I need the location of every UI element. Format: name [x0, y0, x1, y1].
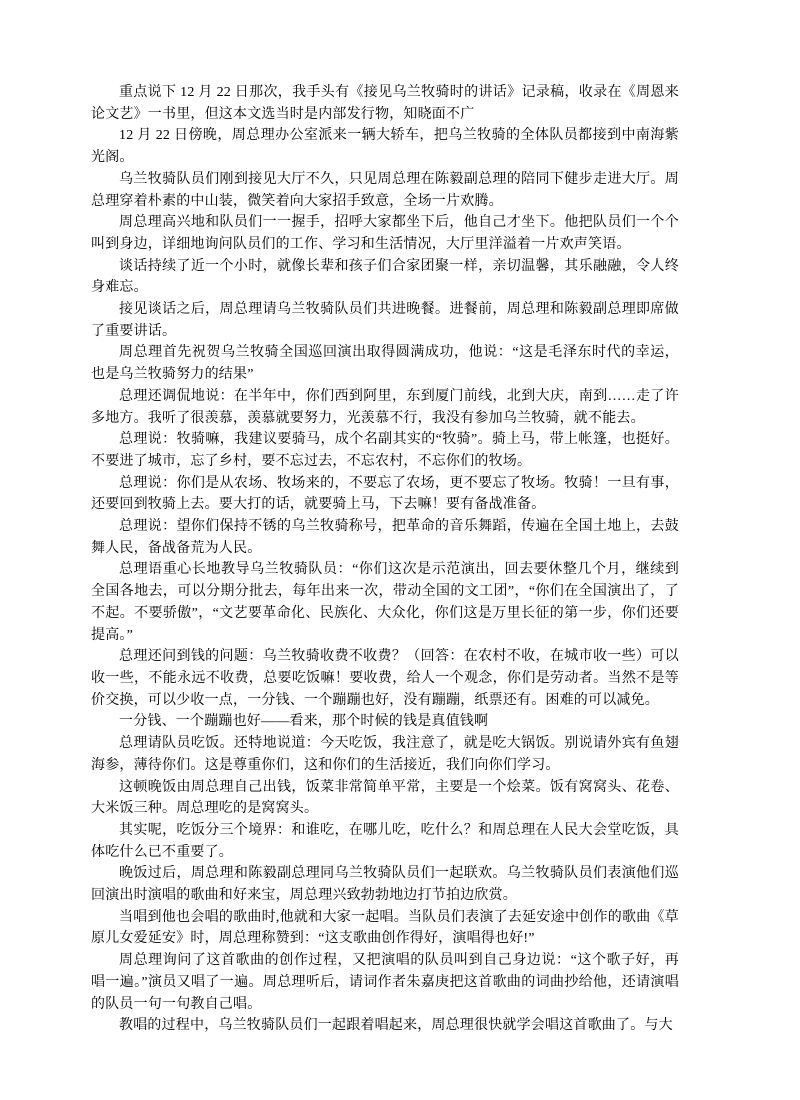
- paragraph: 重点说下 12 月 22 日那次，我手头有《接见乌兰牧骑时的讲话》记录稿，收录在…: [91, 82, 679, 125]
- paragraph: 晚饭过后，周总理和陈毅副总理同乌兰牧骑队员们一起联欢。乌兰牧骑队员们表演他们巡回…: [91, 863, 679, 906]
- paragraph: 周总理高兴地和队员们一一握手，招呼大家都坐下后，他自己才坐下。他把队员们一个个叫…: [91, 212, 679, 255]
- paragraph: 总理还调侃地说：在半年中，你们西到阿里，东到厦门前线，北到大庆，南到……走了许多…: [91, 386, 679, 429]
- paragraph: 当唱到他也会唱的歌曲时,他就和大家一起唱。当队员们表演了去延安途中创作的歌曲《草…: [91, 907, 679, 950]
- paragraph: 周总理首先祝贺乌兰牧骑全国巡回演出取得圆满成功，他说：“这是毛泽东时代的幸运，也…: [91, 342, 679, 385]
- paragraph: 乌兰牧骑队员们刚到接见大厅不久，只见周总理在陈毅副总理的陪同下健步走进大厅。周总…: [91, 169, 679, 212]
- text-block: 重点说下 12 月 22 日那次，我手头有《接见乌兰牧骑时的讲话》记录稿，收录在…: [91, 82, 679, 1037]
- paragraph: 总理说：牧骑嘛，我建议要骑马，成个名副其实的“牧骑”。骑上马，带上帐篷，也挺好。…: [91, 429, 679, 472]
- paragraph: 总理说：望你们保持不锈的乌兰牧骑称号，把革命的音乐舞蹈，传遍在全国土地上，去鼓舞…: [91, 516, 679, 559]
- paragraph: 周总理询问了这首歌曲的创作过程，又把演唱的队员叫到自己身边说：“这个歌子好，再唱…: [91, 950, 679, 1015]
- paragraph: 谈话持续了近一个小时，就像长辈和孩子们合家团聚一样，亲切温馨，其乐融融，令人终身…: [91, 256, 679, 299]
- paragraph: 这顿晚饭由周总理自己出钱，饭菜非常简单平常，主要是一个烩菜。饭有窝窝头、花卷、大…: [91, 777, 679, 820]
- document-page: 重点说下 12 月 22 日那次，我手头有《接见乌兰牧骑时的讲话》记录稿，收录在…: [0, 0, 800, 1100]
- paragraph: 12 月 22 日傍晚，周总理办公室派来一辆大轿车，把乌兰牧骑的全体队员都接到中…: [91, 125, 679, 168]
- paragraph: 总理还问到钱的问题：乌兰牧骑收费不收费？（回答：在农村不收，在城市收一些）可以收…: [91, 646, 679, 711]
- paragraph: 接见谈话之后，周总理请乌兰牧骑队员们共进晚餐。进餐前，周总理和陈毅副总理即席做了…: [91, 299, 679, 342]
- paragraph: 教唱的过程中，乌兰牧骑队员们一起跟着唱起来，周总理很快就学会唱这首歌曲了。与大: [91, 1015, 679, 1037]
- paragraph: 其实呢，吃饭分三个境界：和谁吃，在哪儿吃，吃什么？和周总理在人民大会堂吃饭，具体…: [91, 820, 679, 863]
- paragraph: 总理语重心长地教导乌兰牧骑队员：“你们这次是示范演出，回去要休整几个月，继续到全…: [91, 559, 679, 646]
- paragraph: 总理请队员吃饭。还特地说道：今天吃饭，我注意了，就是吃大锅饭。别说请外宾有鱼翅海…: [91, 733, 679, 776]
- paragraph: 总理说：你们是从农场、牧场来的，不要忘了农场，更不要忘了牧场。牧骑！一旦有事，还…: [91, 473, 679, 516]
- paragraph: 一分钱、一个蹦蹦也好——看来，那个时候的钱是真值钱啊: [91, 711, 679, 733]
